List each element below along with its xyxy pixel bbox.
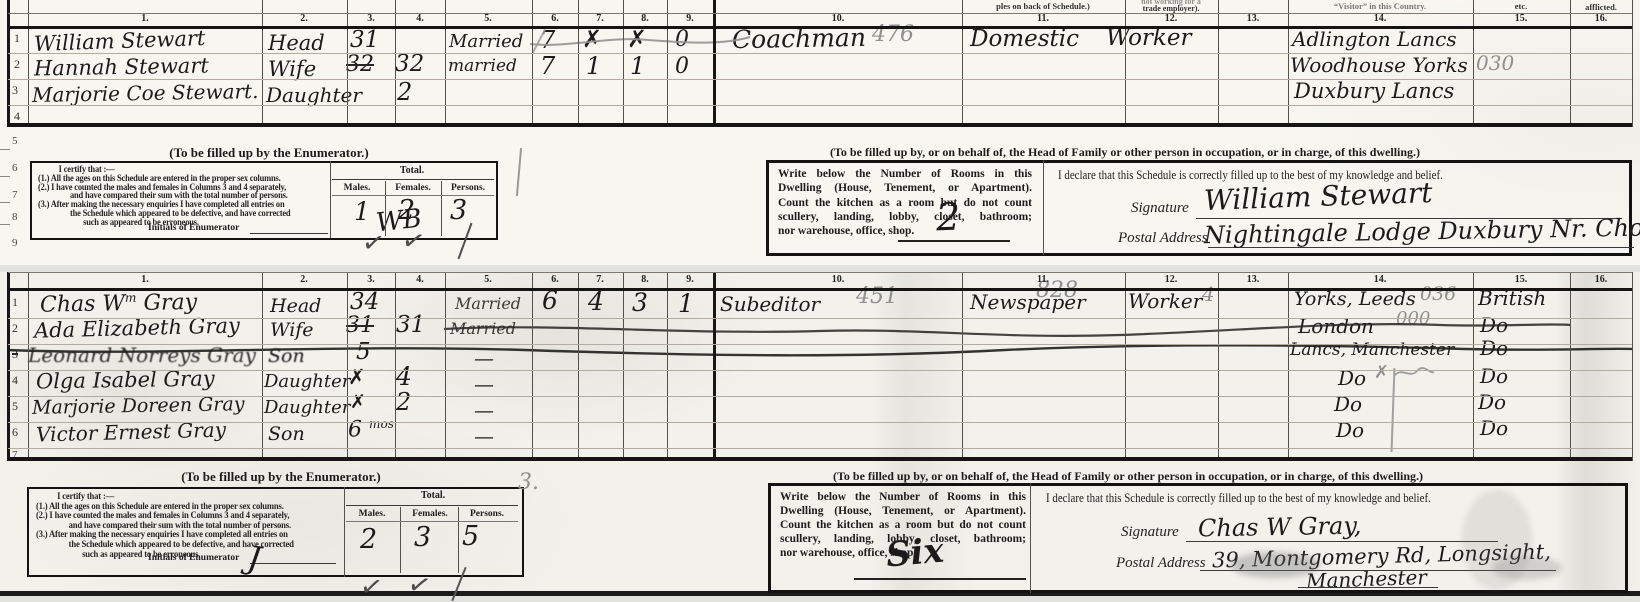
- postal-address-label: Postal Address: [1116, 556, 1206, 571]
- column-line: [347, 0, 348, 127]
- table-bottom-line: [8, 123, 1632, 127]
- census-schedule-scans: ples on back of Schedule.) not working f…: [0, 0, 1640, 602]
- total-males-value: 2: [360, 526, 377, 553]
- birthplace-cell: Do: [1334, 394, 1362, 414]
- relation-cell: Daughter: [264, 399, 350, 417]
- column-number: 4.: [416, 275, 424, 285]
- males-label: Males.: [359, 510, 386, 520]
- declaration-text: I declare that this Schedule is correctl…: [1046, 491, 1431, 504]
- column-line: [445, 272, 446, 461]
- row-number: 1: [14, 32, 20, 44]
- row-number: 5: [12, 400, 18, 412]
- row-number: 6: [12, 426, 18, 438]
- column-number: 15.: [1515, 275, 1528, 285]
- head-section-title: (To be filled up by, or on behalf of, th…: [833, 470, 1423, 482]
- marriage-cell: —: [474, 374, 494, 394]
- enumerator-box-divider: [330, 161, 331, 238]
- nationality-cell: Do: [1480, 366, 1508, 386]
- column-line: [962, 272, 963, 461]
- margin-line-stub: [0, 202, 10, 203]
- initials-line: [250, 233, 328, 234]
- signature-label: Signature: [1131, 201, 1189, 216]
- birthplace-cell: Woodhouse Yorks: [1290, 55, 1468, 75]
- column-number: 6.: [551, 14, 559, 24]
- industry-cell: Domestic: [970, 28, 1079, 51]
- row-number: 4: [12, 374, 18, 386]
- margin-line-stub: [0, 224, 10, 225]
- initials-label: Initials of Enumerator: [148, 224, 239, 234]
- column-header-partial: “Visitor” in this Country.: [1334, 2, 1426, 11]
- females-label: Females.: [395, 184, 431, 194]
- row-line: [8, 370, 1632, 371]
- column-number: 16.: [1595, 14, 1608, 24]
- total-persons-value: 5: [462, 523, 479, 550]
- column-number: 16.: [1595, 275, 1608, 285]
- margin-row-number: 7: [12, 190, 18, 201]
- column-line: [1218, 0, 1219, 127]
- column-number: 3.: [367, 275, 375, 285]
- totals-divider: [400, 507, 401, 573]
- row-line: [8, 396, 1632, 397]
- column-line: [532, 0, 533, 127]
- marriage-cell: Married: [455, 296, 521, 312]
- nationality-cell: Do: [1480, 418, 1508, 438]
- postal-address-label: Postal Address: [1118, 231, 1208, 246]
- table-bottom-line: [8, 457, 1632, 461]
- occupation-cell: Subeditor: [720, 294, 820, 314]
- name-cell: Chas Wm Gray: [40, 291, 198, 317]
- row-number: 3: [12, 84, 18, 96]
- total-rule: [332, 179, 494, 180]
- pencil-scribble: [1392, 362, 1436, 382]
- row-number: 4: [14, 110, 20, 122]
- totals-divider: [385, 181, 386, 236]
- enumerator-section-title: (To be filled up by the Enumerator.): [84, 146, 454, 159]
- head-section-title: (To be filled up by, or on behalf of, th…: [830, 146, 1420, 158]
- column-number: 1.: [141, 14, 149, 24]
- column-line: [7, 272, 10, 461]
- column-line: [445, 0, 446, 127]
- age-male-cell: 31: [350, 29, 379, 52]
- rooms-declaration-divider: [1030, 483, 1031, 593]
- column-number: 7.: [596, 275, 604, 285]
- pencil-x-mark: ✗: [1374, 364, 1389, 382]
- column-line: [1632, 272, 1633, 461]
- column-line: [7, 0, 10, 127]
- relation-cell: Head: [268, 33, 325, 54]
- column-header-partial: ples on back of Schedule.): [996, 2, 1090, 11]
- column-line: [1288, 0, 1289, 127]
- column-number: 15.: [1515, 14, 1528, 24]
- age-female-cell: 4: [396, 364, 412, 389]
- column-number: 6.: [551, 275, 559, 285]
- total-females-value: 2: [398, 197, 415, 224]
- column-number: 11.: [1037, 14, 1049, 24]
- check-mark: ✓: [358, 572, 385, 602]
- column-number: 4.: [416, 14, 424, 24]
- name-cell: Olga Isabel Gray: [36, 368, 215, 392]
- children-living-cell: 1: [630, 54, 645, 78]
- column-number: 12.: [1165, 275, 1178, 285]
- ink-smudge: [1492, 556, 1562, 580]
- rooms-count-handwriting: Six: [885, 534, 945, 573]
- marriage-cell: Married: [449, 33, 523, 51]
- margin-line-stub: [0, 149, 10, 150]
- column-line: [395, 0, 396, 127]
- children-living-cell: 3: [632, 290, 648, 315]
- status-code-pencil: 4: [1202, 284, 1215, 304]
- column-line: [1125, 272, 1126, 461]
- column-header-partial: afflicted.: [1585, 3, 1617, 12]
- column-header-partial: trade employer).: [1143, 5, 1200, 13]
- column-number: 5.: [484, 275, 492, 285]
- column-line: [262, 272, 263, 461]
- pencil-note: 3.: [518, 472, 539, 494]
- total-persons-value: 3: [450, 197, 467, 224]
- name-cell: Hannah Stewart: [34, 55, 209, 79]
- relation-cell: Head: [270, 297, 321, 316]
- marriage-cell: married: [448, 58, 517, 75]
- rooms-declaration-divider: [1043, 160, 1044, 255]
- age-male-cell: 34: [350, 291, 379, 314]
- reference-pencil: 030: [1476, 53, 1514, 73]
- column-number: 12.: [1165, 14, 1178, 24]
- initials-label: Initials of Enumerator: [148, 554, 239, 564]
- column-line: [623, 0, 624, 127]
- column-line: [532, 272, 533, 461]
- column-line: [623, 272, 624, 461]
- column-number: 7.: [596, 14, 604, 24]
- enumerator-box-divider: [344, 487, 345, 577]
- column-line: [713, 0, 716, 127]
- persons-label: Persons.: [470, 510, 504, 520]
- relation-cell: Wife: [268, 59, 316, 80]
- check-mark: ✓: [360, 228, 387, 259]
- row-number: 2: [12, 322, 18, 334]
- rooms-count-handwriting: 2: [935, 198, 960, 237]
- ink-smudge: [1230, 552, 1320, 578]
- column-line: [1632, 0, 1633, 127]
- age-female-cell: 2: [396, 390, 411, 414]
- column-number: 1.: [141, 275, 149, 285]
- header-bottom-line: [8, 26, 1632, 29]
- column-number: 13.: [1247, 275, 1260, 285]
- nationality-cell: Do: [1478, 392, 1506, 412]
- nationality-cell: British: [1478, 288, 1546, 308]
- row-line: [8, 105, 1632, 106]
- age-female-cell: 2: [397, 80, 412, 104]
- column-line: [395, 272, 396, 461]
- employment-status-cell: Worker: [1106, 27, 1191, 50]
- row-line: [8, 79, 1632, 80]
- margin-row-number: 8: [12, 212, 18, 223]
- row-number: 1: [12, 296, 18, 308]
- age-male-cell-struck: 32: [346, 54, 374, 76]
- column-line: [1125, 0, 1126, 127]
- column-number: 5.: [484, 14, 492, 24]
- column-number: 9.: [686, 275, 694, 285]
- rooms-instruction-text: Write below the Number of Rooms in this …: [778, 167, 1032, 238]
- column-line: [1218, 272, 1219, 461]
- marriage-cell: —: [474, 400, 494, 420]
- column-line: [28, 272, 29, 461]
- years-married-cell: 6: [542, 288, 558, 313]
- totals-divider: [458, 507, 459, 573]
- column-header-partial: etc.: [1515, 2, 1528, 11]
- column-line: [578, 272, 579, 461]
- column-number: 11.: [1037, 275, 1049, 285]
- name-cell: Victor Ernest Gray: [36, 420, 226, 445]
- birthplace-cell: Adlington Lancs: [1292, 29, 1457, 49]
- birthplace-cell: Do: [1336, 420, 1364, 440]
- children-born-cell: 1: [586, 54, 601, 78]
- column-line: [1288, 272, 1289, 461]
- initials-line: [250, 563, 336, 564]
- column-line: [28, 0, 29, 127]
- rooms-count-underline: [898, 240, 1010, 242]
- column-line: [1473, 0, 1474, 127]
- column-number: 13.: [1247, 14, 1260, 24]
- females-label: Females.: [412, 510, 448, 520]
- males-label: Males.: [344, 184, 371, 194]
- header-top-line: [8, 13, 1632, 14]
- birthplace-cell: Duxbury Lancs: [1294, 81, 1454, 102]
- row-line: [8, 422, 1632, 423]
- relation-cell: Son: [268, 425, 305, 444]
- column-line: [578, 0, 579, 127]
- column-line: [347, 272, 348, 461]
- check-mark: ✓: [405, 570, 433, 602]
- total-label: Total.: [421, 491, 445, 501]
- postal-address-line2: [1298, 587, 1438, 588]
- row-line: [8, 318, 1632, 319]
- row-number: 2: [14, 58, 20, 70]
- margin-line-stub: [0, 176, 10, 177]
- total-males-value: 1: [354, 199, 370, 224]
- row-line: [8, 448, 1632, 449]
- totals-divider: [441, 181, 442, 236]
- column-number: 3.: [367, 14, 375, 24]
- name-cell: Marjorie Doreen Gray: [32, 395, 245, 418]
- rooms-count-underline: [854, 578, 1026, 580]
- column-number: 14.: [1374, 14, 1387, 24]
- name-cell: Marjorie Coe Stewart.: [32, 81, 259, 105]
- header-top-line: [8, 272, 1632, 273]
- labels-rule: [346, 521, 518, 522]
- column-line: [1570, 0, 1571, 127]
- column-number: 10.: [832, 275, 845, 285]
- column-line: [713, 272, 716, 461]
- relation-cell: Daughter: [264, 373, 350, 391]
- column-number: 2.: [300, 275, 308, 285]
- years-married-cell: 7: [540, 54, 555, 78]
- column-number: 8.: [641, 14, 649, 24]
- column-number: 10.: [832, 14, 845, 24]
- column-line: [962, 0, 963, 127]
- pencil-strike-line: [528, 30, 753, 54]
- column-number: 2.: [300, 14, 308, 24]
- birthplace-cell: Yorks, Leeds: [1294, 290, 1416, 309]
- children-born-cell: 4: [588, 289, 604, 314]
- column-number: 14.: [1374, 275, 1387, 285]
- marriage-cell: —: [474, 426, 494, 446]
- employment-status-cell: Worker: [1128, 291, 1202, 311]
- column-line: [1570, 272, 1571, 461]
- birthplace-cell: Do: [1338, 368, 1366, 388]
- row-line: [8, 344, 1632, 345]
- children-died-cell: 0: [675, 56, 689, 78]
- total-label: Total.: [400, 166, 424, 176]
- signature-handwriting: William Stewart: [1204, 179, 1433, 215]
- postal-address-handwriting: Nightingale Lodge Duxbury Nr. Chorley: [1204, 215, 1640, 247]
- column-number: 9.: [686, 14, 694, 24]
- column-line: [1473, 272, 1474, 461]
- column-line: [667, 0, 668, 127]
- row-line: [8, 53, 1632, 54]
- header-bottom-line: [8, 288, 1632, 291]
- age-female-cell: 32: [395, 53, 424, 76]
- enumerator-section-title: (To be filled up by the Enumerator.): [96, 470, 466, 483]
- margin-row-number: 9: [12, 238, 18, 249]
- margin-row-number: 6: [12, 163, 18, 174]
- persons-label: Persons.: [451, 184, 485, 194]
- total-rule: [346, 505, 518, 506]
- column-number: 8.: [641, 275, 649, 285]
- column-line: [262, 0, 263, 127]
- column-line: [667, 272, 668, 461]
- strike-line-row3: [5, 336, 1635, 364]
- certify-text: I certify that :— (1.) All the ages on t…: [36, 492, 324, 559]
- total-females-value: 3: [414, 524, 431, 551]
- signature-handwriting: Chas W Gray,: [1198, 514, 1362, 541]
- margin-row-number: 5: [12, 136, 18, 147]
- certify-text: I certify that :— (1.) All the ages on t…: [38, 165, 312, 227]
- signature-label: Signature: [1121, 525, 1179, 540]
